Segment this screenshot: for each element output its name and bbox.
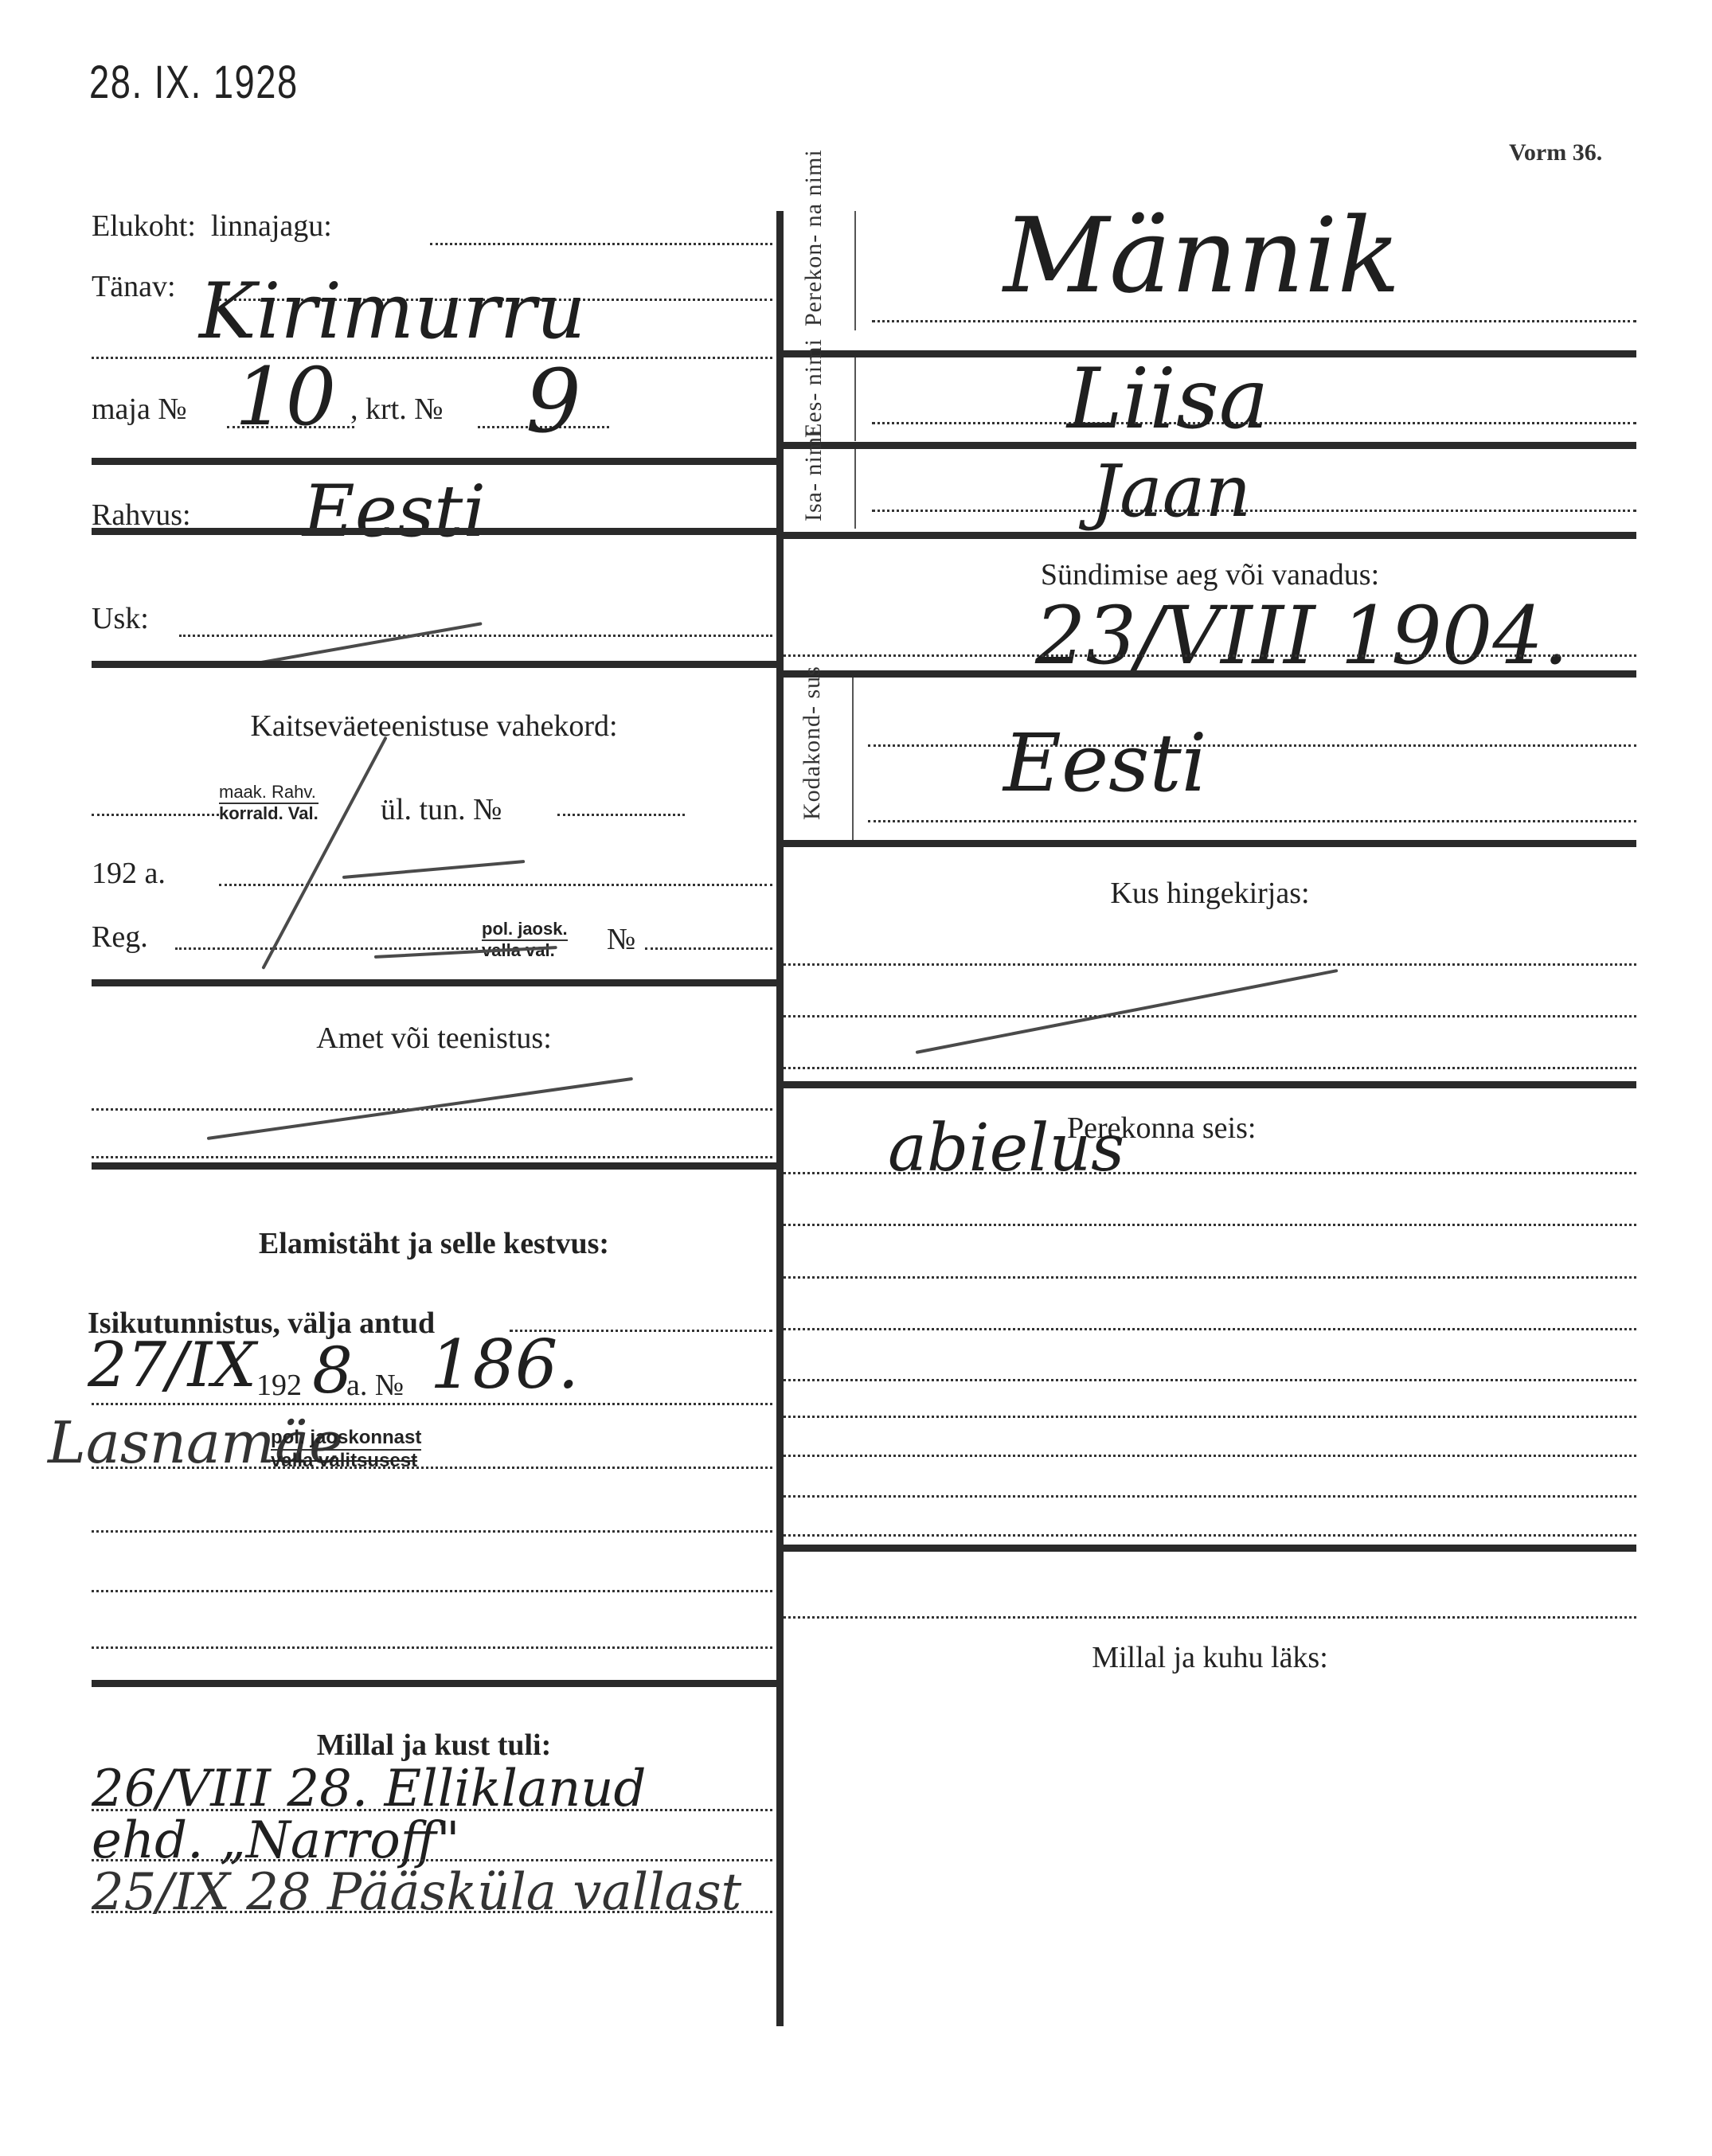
millal-kust-heading: Millal ja kust tuli: — [92, 1728, 776, 1763]
perekonnanimi-label: Perekon- na nimi — [800, 149, 827, 326]
rahvus-value: Eesti — [303, 470, 486, 553]
isanimi-field[interactable] — [872, 510, 1636, 512]
sundimise-value: 23/VIII 1904. — [1035, 589, 1569, 682]
divider — [92, 458, 776, 465]
kaitse-dash-mark-top — [342, 860, 525, 879]
isik-date-value: 27/IX — [88, 1330, 256, 1401]
divider-elamistaht — [92, 1680, 776, 1687]
millal-kust-field-3[interactable] — [92, 1911, 772, 1913]
hingekirjas-heading: Kus hingekirjas: — [784, 876, 1636, 911]
perekonna-field-3[interactable] — [784, 1276, 1636, 1279]
hingekirjas-field-1[interactable] — [784, 963, 1636, 966]
kodakondsus-field-1[interactable] — [868, 744, 1636, 747]
maak-fraction: maak. Rahv.korrald. Val. — [219, 783, 319, 822]
perekonnanimi-field[interactable] — [872, 320, 1636, 322]
ul-tun-label: ül. tun. № — [381, 792, 502, 827]
pol-fraction: pol. jaosk.valla val. — [482, 920, 568, 959]
ul-tun-field[interactable] — [557, 814, 685, 816]
millal-kuhu-heading: Millal ja kuhu läks: — [784, 1640, 1636, 1675]
millal-kuhu-field-top[interactable] — [784, 1616, 1636, 1619]
millal-kust-field-2[interactable] — [92, 1859, 772, 1861]
eesnimi-label: Ees- nimi — [800, 338, 827, 438]
perekonna-field-1[interactable] — [784, 1172, 1636, 1174]
isik-number-field[interactable] — [92, 1403, 772, 1405]
form-number: Vorm 36. — [1509, 139, 1602, 166]
isik-year-prefix: 192 — [256, 1368, 302, 1403]
divider-hingekirjas — [784, 1081, 1636, 1088]
sundimise-field[interactable] — [784, 654, 1636, 657]
divider-amet — [92, 1162, 776, 1170]
linnajagu-field[interactable] — [430, 243, 772, 245]
divider-kodakondsus — [784, 840, 1636, 847]
divider-rahvus — [92, 528, 776, 535]
kodakondsus-label: Kodakond- sus — [799, 666, 826, 820]
hingekirjas-field-2[interactable] — [784, 1015, 1636, 1017]
sundimise-heading: Sündimise aeg või vanadus: — [784, 557, 1636, 592]
extra-field-2[interactable] — [92, 1590, 772, 1592]
perekonna-field-2[interactable] — [784, 1224, 1636, 1226]
reg-label: Reg. — [92, 920, 148, 955]
date-stamp: 28. IX. 1928 — [89, 56, 299, 109]
tanav-value: Kirimurru — [199, 267, 585, 356]
maja-value: 10 — [235, 350, 336, 443]
kaitse-field-a[interactable] — [92, 814, 219, 816]
column-divider — [776, 211, 784, 2026]
pol-jaosk-fraction: pol. jaoskonnastvalla valitsusest — [271, 1428, 421, 1471]
tanav-field-2[interactable] — [92, 357, 772, 359]
divider-eesnimi — [784, 442, 1636, 449]
usk-label: Usk: — [92, 601, 149, 636]
elamistaht-heading: Elamistäht ja selle kestvus: — [92, 1226, 776, 1261]
year-field[interactable] — [219, 884, 772, 886]
amet-field-2[interactable] — [92, 1156, 772, 1158]
isik-number-value: 186. — [430, 1326, 579, 1404]
amet-heading: Amet või teenistus: — [92, 1021, 776, 1056]
year-label: 192 a. — [92, 856, 166, 891]
krt-value: 9 — [526, 350, 581, 452]
perekonna-field-7[interactable] — [784, 1455, 1636, 1457]
divider-usk — [92, 661, 776, 668]
tanav-label: Tänav: — [92, 269, 176, 304]
extra-field-3[interactable] — [92, 1646, 772, 1649]
perekonna-field-6[interactable] — [784, 1416, 1636, 1418]
perekonna-value: abielus — [888, 1111, 1124, 1186]
kodakondsus-value: Eesti — [1003, 717, 1207, 810]
divider-kaitse — [92, 979, 776, 986]
kaitse-dash-mark-diag — [261, 736, 387, 970]
isik-a-no-label: a. № — [346, 1368, 404, 1403]
divider-perekonna — [784, 1545, 1636, 1552]
perekonna-field-5[interactable] — [784, 1379, 1636, 1381]
reg-field[interactable] — [175, 947, 478, 950]
hingekirjas-field-3[interactable] — [784, 1067, 1636, 1069]
amet-field-1[interactable] — [92, 1108, 772, 1111]
maja-label: maja № — [92, 392, 187, 427]
isanimi-label: Isa- nimi — [800, 429, 827, 521]
divider-isanimi — [784, 532, 1636, 539]
perekonna-field-8[interactable] — [784, 1495, 1636, 1498]
issuer-field[interactable] — [92, 1467, 772, 1469]
reg-no-label: № — [607, 922, 635, 957]
reg-no-field[interactable] — [645, 947, 772, 950]
eesnimi-value: Liisa — [1067, 350, 1268, 447]
hingekirjas-dash-mark — [916, 969, 1339, 1054]
usk-field[interactable] — [179, 635, 772, 637]
perekonna-field-9[interactable] — [784, 1534, 1636, 1537]
extra-field-1[interactable] — [92, 1530, 772, 1533]
perekonnanimi-value: Männik — [1003, 195, 1400, 316]
kaitse-heading: Kaitseväeteenistuse vahekord: — [92, 709, 776, 744]
kodakondsus-field-2[interactable] — [868, 820, 1636, 822]
krt-label: , krt. № — [350, 392, 443, 427]
perekonna-field-4[interactable] — [784, 1328, 1636, 1330]
divider-sundimise — [784, 670, 1636, 678]
isanimi-value: Jaan — [1091, 450, 1251, 533]
elukoht-label: Elukoht: linnajagu: — [92, 209, 332, 244]
